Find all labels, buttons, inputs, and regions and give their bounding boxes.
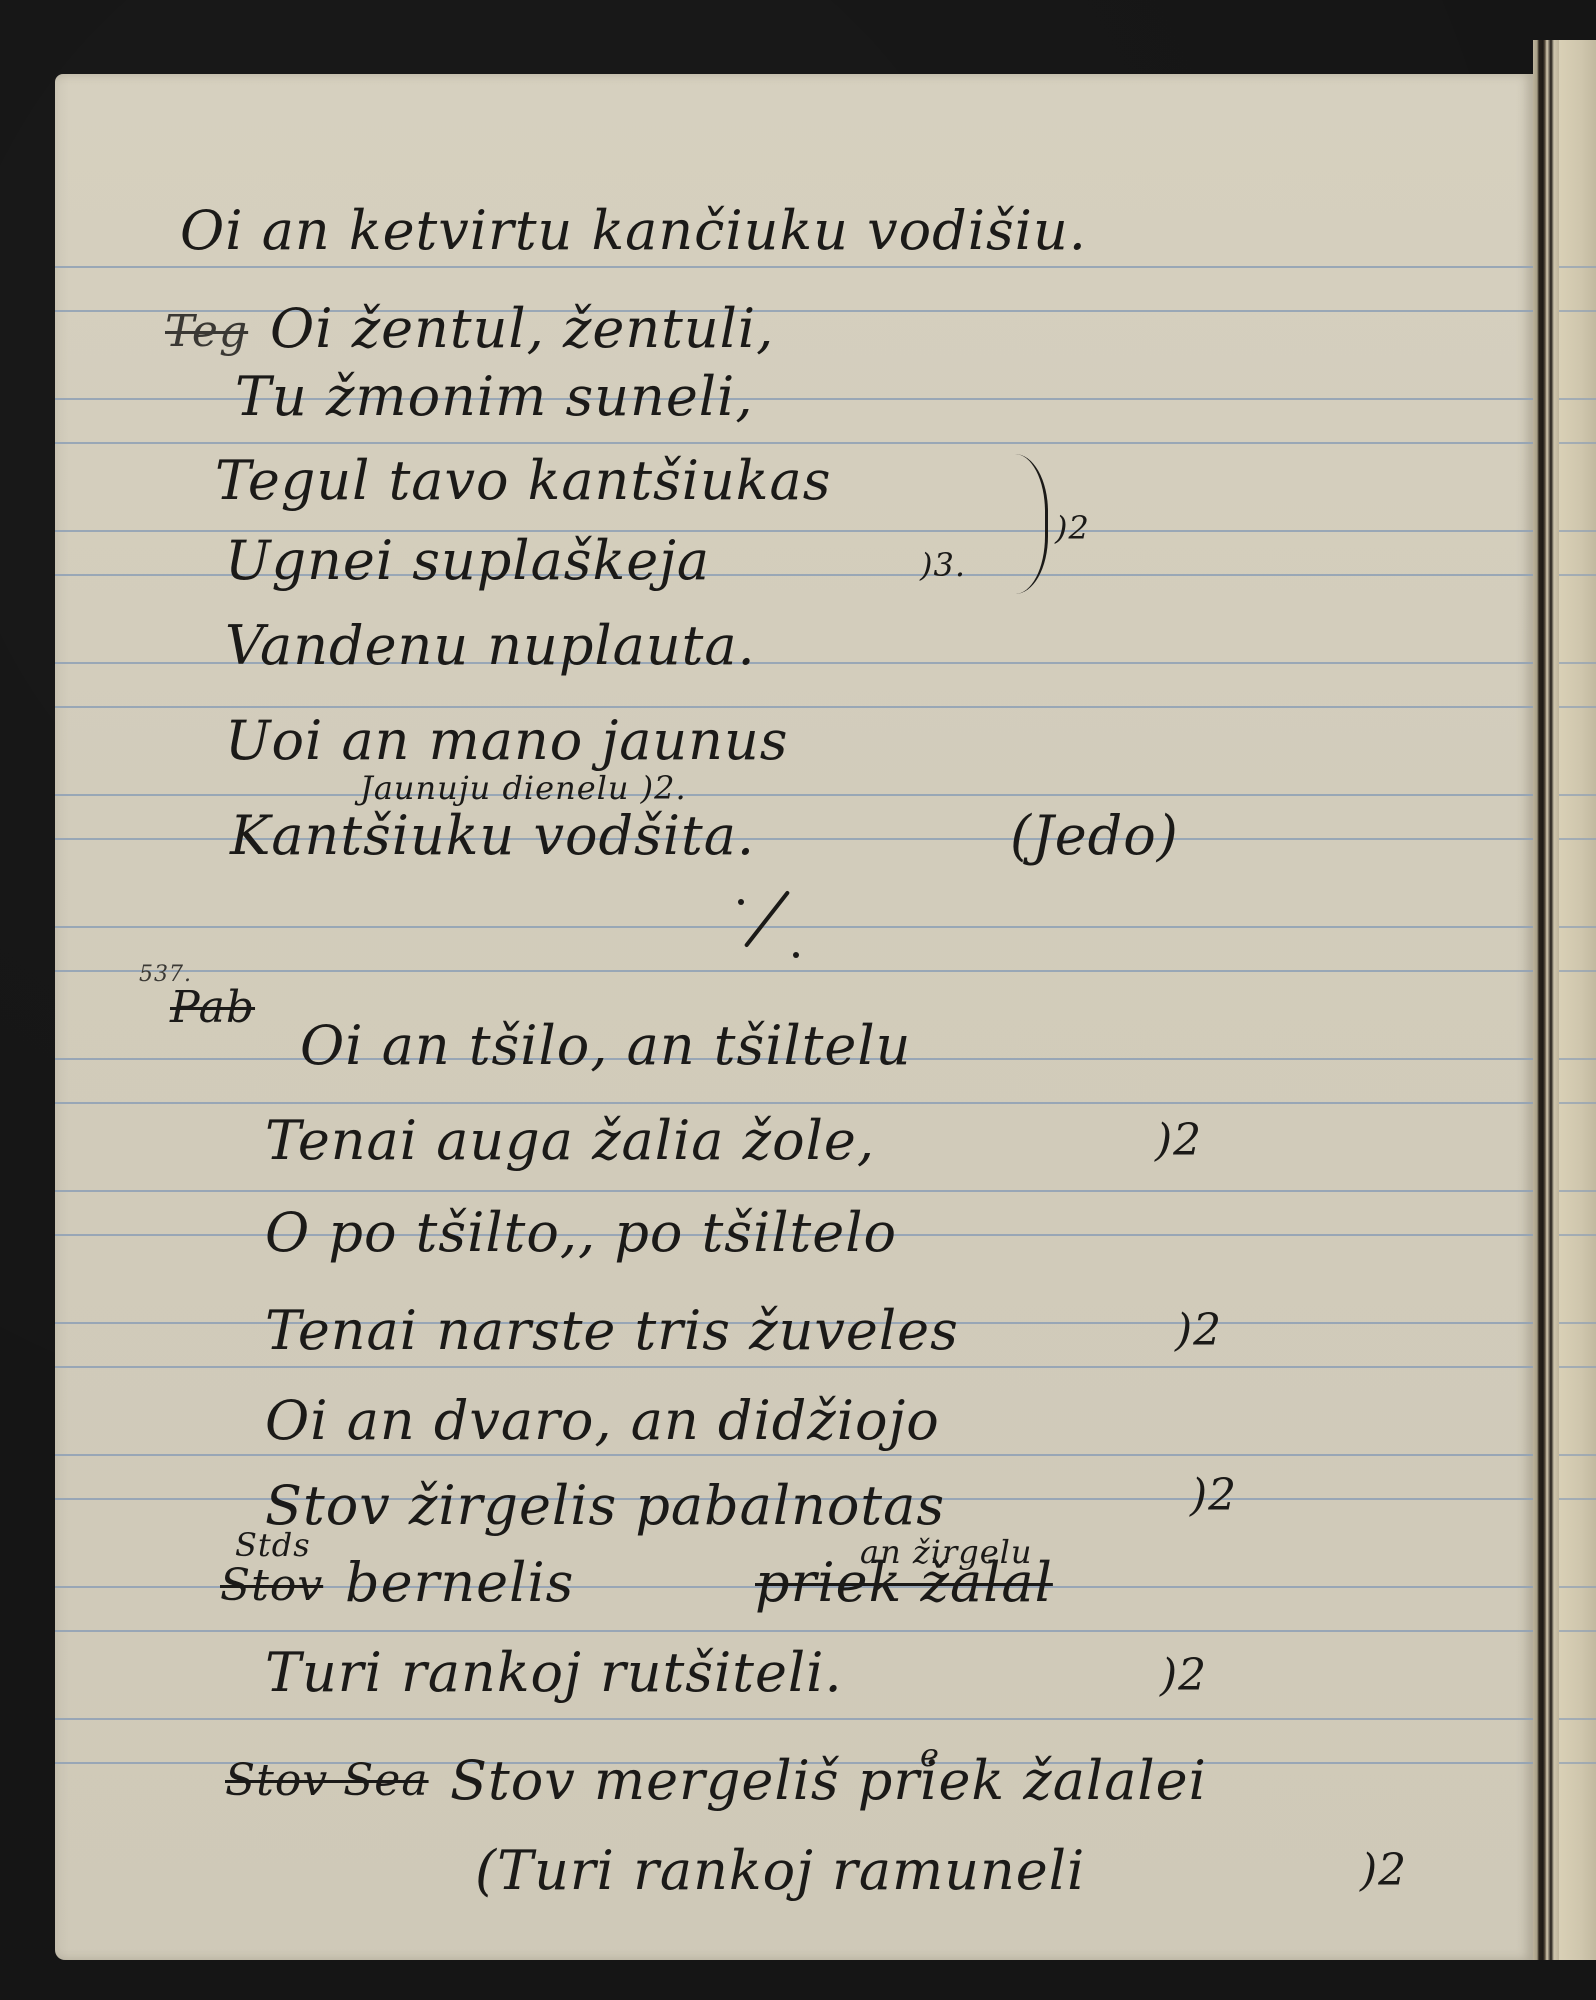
ruled-line [1559,266,1596,268]
ruled-line [55,1718,1533,1720]
repeat-mark: )2 [1155,1119,1202,1163]
struck-word: Stov Sea [225,1759,429,1803]
song-2-line-5: Oi an dvaro, an didžiojo [265,1394,940,1448]
song-1-line-5: Vandenu nuplauta. [225,619,756,673]
repeat-mark: )2 [1360,1849,1407,1893]
ruled-line [1559,398,1596,400]
song-1-line-3: Tegul tavo kantšiukas [215,454,831,508]
struck-word: Teg [165,310,248,354]
ruled-line [55,1102,1533,1104]
ruled-line [1559,1454,1596,1456]
group-bracket [1015,454,1048,594]
ruled-line [55,794,1533,796]
repeat-mark: )2 [1160,1654,1207,1698]
notebook-page: Oi an ketvirtu kančiuku vodišiu. Teg Oi … [55,74,1533,1960]
struck-word: Pab [170,986,255,1030]
ruled-line [55,1630,1533,1632]
struck-word: priek žalal [755,1556,1053,1610]
repeat-mark: )2 [1190,1474,1237,1518]
ruled-line [1559,970,1596,972]
song-1-note: (Jedo) [1010,809,1179,863]
ruled-line [55,926,1533,928]
ruled-line [1559,530,1596,532]
ruled-line [55,442,1533,444]
ruled-line [1559,838,1596,840]
song-1-line-2: Tu žmonim suneli, [235,370,753,424]
song-2-line-9: Stov mergeliš priek žalalei [450,1754,1207,1808]
ruled-line [55,1190,1533,1192]
ruled-line [1559,1498,1596,1500]
song-2-line-7: bernelis [345,1556,574,1610]
song-2-line-3: O po tšilto,, po tšiltelo [265,1206,897,1260]
separator-dot [793,952,799,958]
song-1-line-1: Oi žentul, žentuli, [270,302,774,356]
song-1-final-line: Kantšiuku vodšita. [230,809,755,863]
book-gutter [1533,40,1559,1960]
separator-dot [738,899,744,905]
ruled-line [1559,1586,1596,1588]
song-1-line-4: Ugnei suplaškeja [225,534,710,588]
ruled-line [1559,1322,1596,1324]
ruled-line [1559,1630,1596,1632]
ruled-line [55,970,1533,972]
song-1-refrain-insert: Jaunuju dienelu )2. [360,772,687,804]
song-1-title-line: Oi an ketvirtu kančiuku vodišiu. [180,204,1087,258]
repeat-mark: )2 [1175,1309,1222,1353]
ruled-line [1559,926,1596,928]
song-2-line-6: Stov žirgelis pabalnotas [265,1479,945,1533]
ruled-line [1559,1102,1596,1104]
song-2-line-10: (Turi rankoj ramuneli [475,1844,1085,1898]
ruled-line [55,1454,1533,1456]
ruled-line [1559,442,1596,444]
song-1-refrain-line: Uoi an mano jaunus [225,714,788,768]
ruled-line [1559,1058,1596,1060]
ruled-line [1559,706,1596,708]
ruled-line [1559,574,1596,576]
song-2-line-8: Turi rankoj rutšiteli. [265,1646,843,1700]
ruled-line [1559,794,1596,796]
ruled-line [1559,1234,1596,1236]
ruled-line [1559,1762,1596,1764]
overwrite-word: Stds [235,1529,311,1561]
next-page-edge [1559,40,1596,1960]
ruled-line [55,706,1533,708]
ruled-line [55,1366,1533,1368]
group-repeat-mark: )2 [1055,512,1090,544]
repeat-mark: )3. [920,549,966,581]
song-2-line-1: Oi an tšilo, an tšiltelu [300,1019,911,1073]
ruled-line [1559,1190,1596,1192]
struck-word: Stov [220,1564,323,1608]
ruled-line [1559,662,1596,664]
song-2-line-4: Tenai narste tris žuveles [265,1304,959,1358]
ruled-line [55,266,1533,268]
ruled-line [1559,1718,1596,1720]
song-2-line-2: Tenai auga žalia žole, [265,1114,875,1168]
ruled-line [1559,1366,1596,1368]
separator-slash [744,890,790,948]
ruled-line [1559,310,1596,312]
